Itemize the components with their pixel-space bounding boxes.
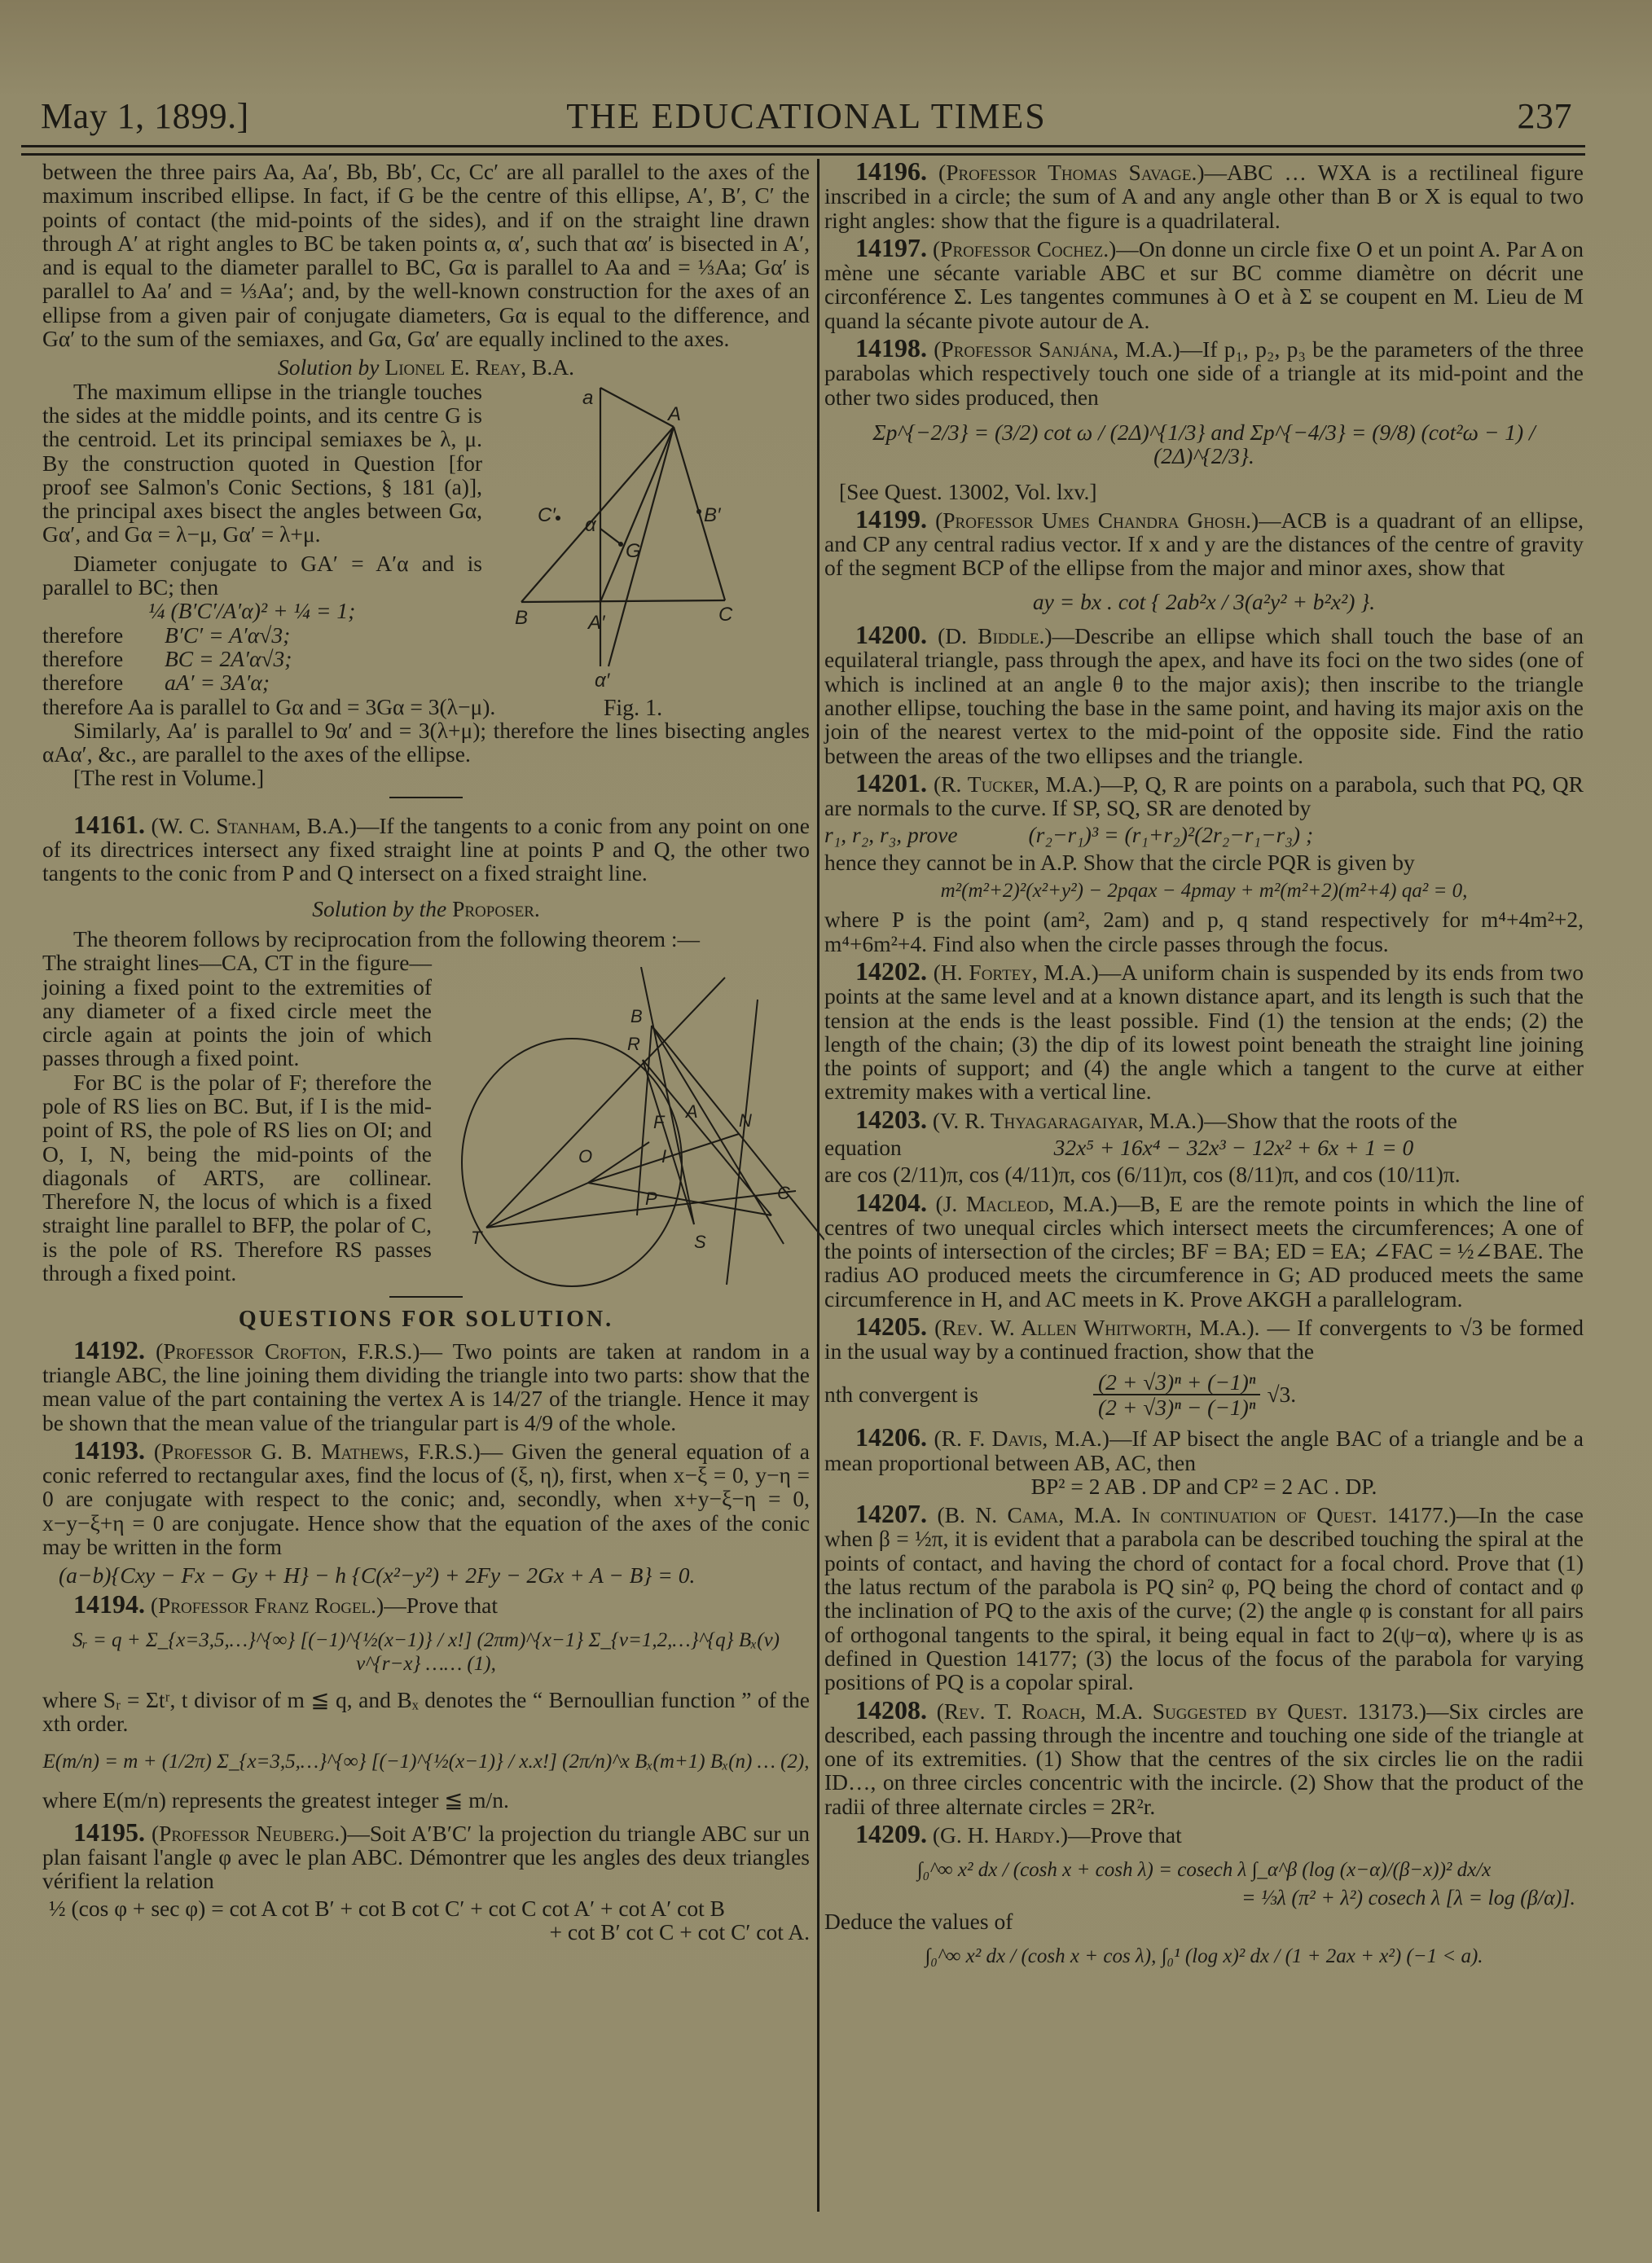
header-rule-bottom xyxy=(21,153,1585,156)
equation: Sᵣ = q + Σ_{x=3,5,…}^{∞} [(−1)^{½(x−1)} … xyxy=(42,1628,810,1676)
fraction: (2 + √3)ⁿ + (−1)ⁿ (2 + √3)ⁿ − (−1)ⁿ xyxy=(1093,1370,1260,1420)
figure-label: C′ xyxy=(538,504,556,526)
equation-line: r₁, r₂, r₃, prove (r₂−r₁)³ = (r₁+r₂)²(2r… xyxy=(824,823,1584,846)
question-14198: 14198. (Professor Sanjána, M.A.)—If p₁, … xyxy=(824,336,1584,409)
question-14204: 14204. (J. Macleod, M.A.)—B, E are the r… xyxy=(824,1191,1584,1311)
question-14192: 14192. (Professor Crofton, F.R.S.)— Two … xyxy=(42,1338,810,1435)
rest-in-volume-note: [The rest in Volume.] xyxy=(42,766,810,789)
figure-2-diagram: B R A F N O I P C S T xyxy=(450,967,824,1293)
figure-label: α′ xyxy=(595,670,611,692)
similarly-paragraph: Similarly, Aa′ is parallel to 9α′ and = … xyxy=(42,718,810,767)
figure-label: a xyxy=(582,387,593,409)
question-14200: 14200. (D. Biddle.)—Describe an ellipse … xyxy=(824,623,1584,767)
question-author: (W. C. Stanham, B.A.) xyxy=(152,813,357,838)
therefore-line: therefore B′C′ = A′α√3; xyxy=(42,623,482,647)
equation: (a−b){Cxy − Fx − Gy + H} − h {C(x²−y²) +… xyxy=(42,1563,810,1587)
figure-label: B xyxy=(630,1006,643,1026)
question-14195: 14195. (Professor Neuberg.)—Soit A′B′C′ … xyxy=(42,1821,810,1893)
question-14161: 14161. (W. C. Stanham, B.A.)—If the tang… xyxy=(42,813,810,885)
equation: = ⅓λ (π² + λ²) cosech λ [λ = log (β/α)]. xyxy=(824,1886,1584,1909)
equation: ∫₀^∞ x² dx / (cosh x + cosh λ) = cosech … xyxy=(824,1858,1584,1882)
solution-proposer-text: The straight lines—CA, CT in the figure—… xyxy=(42,951,432,1285)
therefore-line: therefore BC = 2A′α√3; xyxy=(42,647,482,670)
equation: Σp^{−2/3} = (3/2) cot ω / (2Δ)^{1/3} and… xyxy=(824,420,1584,468)
solution-lead: The theorem follows by reciprocation fro… xyxy=(42,927,810,951)
solution-reay-text: The maximum ellipse in the triangle touc… xyxy=(42,380,482,695)
question-14209: 14209. (G. H. Hardy.)—Prove that xyxy=(824,1822,1584,1847)
question-14197: 14197. (Professor Cochez.)—On donne un c… xyxy=(824,236,1584,332)
question-14201: 14201. (R. Tucker, M.A.)—P, Q, R are poi… xyxy=(824,771,1584,820)
figure-1-diagram: a A C′ B′ α G B A′ C α′ xyxy=(499,371,767,693)
solution-reay-block: The maximum ellipse in the triangle touc… xyxy=(42,380,810,695)
question-text: where P is the point (am², 2am) and p, q… xyxy=(824,907,1584,956)
figure-label: A′ xyxy=(587,612,606,634)
equation: ay = bx . cot { 2ab²x / 3(a²y² + b²x²) }… xyxy=(824,590,1584,613)
figure-label: F xyxy=(653,1112,666,1132)
solution-heading-proposer: Solution by the Proposer. xyxy=(42,897,810,921)
figure-label: B′ xyxy=(704,504,722,526)
figure-label: R xyxy=(627,1034,640,1054)
figure-label: C xyxy=(777,1183,790,1203)
figure-label: G xyxy=(626,540,641,562)
equation: E(m/n) = m + (1/2π) Σ_{x=3,5,…}^{∞} [(−1… xyxy=(42,1750,810,1773)
figure-1-caption: Fig. 1. xyxy=(499,696,767,720)
equation-block: nth convergent is (2 + √3)ⁿ + (−1)ⁿ (2 +… xyxy=(824,1370,1584,1420)
question-number: 14161. xyxy=(73,810,145,839)
intro-paragraph: between the three pairs Aa, Aa′, Bb, Bb′… xyxy=(42,160,810,350)
question-14208: 14208. (Rev. T. Roach, M.A. Suggested by… xyxy=(824,1698,1584,1818)
figure-label: T xyxy=(471,1228,483,1248)
question-text: where E(m/n) represents the greatest int… xyxy=(42,1788,810,1812)
equation: ¼ (B′C′/A′α)² + ¼ = 1; xyxy=(42,599,482,622)
figure-label: B xyxy=(515,607,528,629)
figure-label: P xyxy=(645,1189,657,1209)
equation-line: equation 32x⁵ + 16x⁴ − 32x³ − 12x² + 6x … xyxy=(824,1136,1584,1159)
figure-label: N xyxy=(739,1110,752,1131)
equation: m²(m²+2)²(x²+y²) − 2pqax − 4pmay + m²(m²… xyxy=(824,879,1584,903)
figure-label: O xyxy=(578,1146,592,1167)
equation: + cot B′ cot C + cot C′ cot A. xyxy=(42,1920,810,1944)
running-head: May 1, 1899.] THE EDUCATIONAL TIMES 237 xyxy=(41,96,1572,137)
figure-label: C xyxy=(718,604,733,626)
solution-proposer-block: The straight lines—CA, CT in the figure—… xyxy=(42,951,810,1285)
page-number: 237 xyxy=(1518,96,1573,137)
question-14194: 14194. (Professor Franz Rogel.)—Prove th… xyxy=(42,1593,810,1617)
question-14199: 14199. (Professor Umes Chandra Ghosh.)—A… xyxy=(824,508,1584,580)
figure-label: α xyxy=(585,514,597,536)
question-text: Deduce the values of xyxy=(824,1909,1584,1933)
right-column: 14196. (Professor Thomas Savage.)—ABC … … xyxy=(824,160,1584,1973)
journal-title: THE EDUCATIONAL TIMES xyxy=(41,96,1572,137)
figure-label: S xyxy=(694,1232,706,1252)
section-title: QUESTIONS FOR SOLUTION. xyxy=(42,1307,810,1331)
journal-page: May 1, 1899.] THE EDUCATIONAL TIMES 237 … xyxy=(0,0,1652,2263)
figure-1: a A C′ B′ α G B A′ C α′ Fig. 1. xyxy=(499,371,767,720)
question-14207: 14207. (B. N. Cama, M.A. In continuation… xyxy=(824,1502,1584,1694)
theorem-proof: For BC is the polar of F; therefore the … xyxy=(42,1070,432,1285)
figure-2: B R A F N O I P C S T xyxy=(450,967,824,1293)
question-14206: 14206. (R. F. Davis, M.A.)—If AP bisect … xyxy=(824,1426,1584,1474)
question-14196: 14196. (Professor Thomas Savage.)—ABC … … xyxy=(824,160,1584,232)
section-divider xyxy=(389,1296,463,1298)
question-14202: 14202. (H. Fortey, M.A.)—A uniform chain… xyxy=(824,960,1584,1104)
cross-reference-note: [See Quest. 13002, Vol. lxv.] xyxy=(824,480,1584,503)
question-text: where Sᵣ = Σtʳ, t divisor of m ≦ q, and … xyxy=(42,1688,810,1736)
therefore-line: therefore aA′ = 3A′α; xyxy=(42,670,482,694)
left-column: between the three pairs Aa, Aa′, Bb, Bb′… xyxy=(42,160,810,1944)
figure-label: A xyxy=(666,403,681,425)
question-14205: 14205. (Rev. W. Allen Whitworth, M.A.). … xyxy=(824,1315,1584,1364)
figure-label: I xyxy=(661,1146,666,1167)
question-14193: 14193. (Professor G. B. Mathews, F.R.S.)… xyxy=(42,1439,810,1558)
equation: ½ (cos φ + sec φ) = cot A cot B′ + cot B… xyxy=(42,1896,810,1920)
question-14203: 14203. (V. R. Thyagaragaiyar, M.A.)—Show… xyxy=(824,1108,1584,1132)
header-rule-top xyxy=(21,145,1585,147)
figure-label: A xyxy=(684,1101,698,1122)
section-divider xyxy=(389,797,463,798)
question-text: hence they cannot be in A.P. Show that t… xyxy=(824,850,1584,874)
theorem-statement: The straight lines—CA, CT in the figure—… xyxy=(42,951,432,1070)
equation: ∫₀^∞ x² dx / (cosh x + cos λ), ∫₀¹ (log … xyxy=(824,1944,1584,1968)
question-text: are cos (2/11)π, cos (4/11)π, cos (6/11)… xyxy=(824,1162,1584,1186)
equation: BP² = 2 AB . DP and CP² = 2 AC . DP. xyxy=(824,1474,1584,1498)
